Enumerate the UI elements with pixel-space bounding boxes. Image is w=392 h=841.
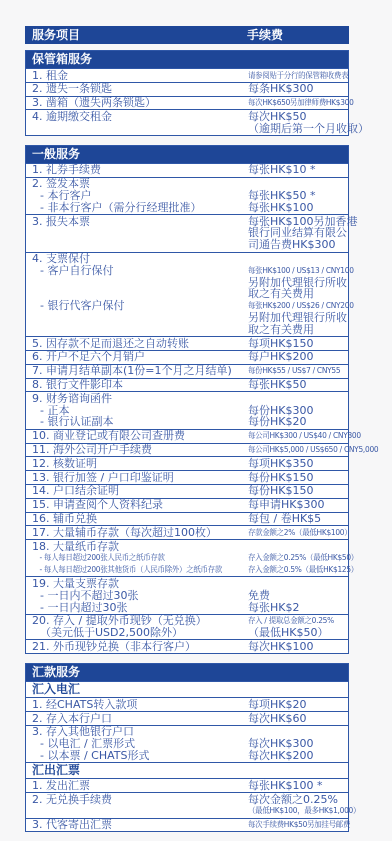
service-text [32,239,248,251]
fee-text: 请参阅贴于分行的保管箱收费表 [248,70,341,82]
fee-text: 每项HK$20 [248,699,348,711]
fee-cell: 每公司HK$5,000 / US$650 / CNY5,000 [248,444,348,456]
service-text [32,277,248,289]
service-cell: 7. 申请月结单副本(1份=1个月之月结单) [26,365,248,377]
fee-row: 1. 租金请参阅贴于分行的保管箱收费表 [26,68,348,82]
fee-row: 10. 商业登记或有限公司查册费每公司HK$300 / US$40 / CNY3… [26,429,348,443]
fee-cell: 存入 / 提取总金额之0.25%（最低HK$50） [248,615,348,639]
service-text: 10. 商业登记或有限公司查册费 [32,430,248,442]
fee-text: 每张HK$50 [248,379,348,391]
fee-cell: 每次HK$650另加律师费HK$300 [248,97,348,109]
service-cell: 16. 辅币兑换 [26,513,248,525]
fee-cell: 每份HK$300每份HK$20 [248,393,348,428]
service-text: - 银行认证副本 [32,416,248,428]
service-cell: 2. 遗失一条锁匙 [26,83,248,95]
service-cell: 3. 代客寄出汇票 [26,819,248,830]
fee-cell: 每条HK$300 [248,83,348,95]
service-cell: 10. 商业登记或有限公司查册费 [26,430,248,442]
fee-row: 8. 银行文件影印本每张HK$50 [26,378,348,392]
fee-text: 每次HK$50 [248,111,348,123]
service-cell: 3. 凿箱（遗失两条锁匙） [26,97,248,109]
service-text: - 以本票 / CHATS形式 [32,750,248,762]
service-text: 3. 凿箱（遗失两条锁匙） [32,97,248,109]
service-cell: 1. 经CHATS转入款项 [26,699,248,711]
fee-row: 16. 辅币兑换每包 / 卷HK$5 [26,512,348,526]
service-cell: 12. 核数证明 [26,458,248,470]
fee-text: 每户HK$200 [248,351,348,363]
fee-text: 每次HK$200 [248,750,348,762]
fee-text: 每份HK$150 [248,472,348,484]
service-cell: 2. 存入本行户口 [26,713,248,725]
service-text: - 一日内超过30张 [32,602,248,614]
service-cell: 6. 开户不足六个月销户 [26,351,248,363]
service-cell: 8. 银行文件影印本 [26,379,248,391]
fee-text: 存入金额之0.25%（最低HK$50） [248,552,341,564]
section-title: 汇款服务 [26,664,348,681]
service-cell: 1. 发出汇票 [26,780,248,792]
service-cell: 20. 存入 / 提取外币现钞（无兑换）（美元低于USD2,500除外） [26,615,248,639]
section-title: 一般服务 [26,146,348,163]
service-cell: 2. 无兑换手续费 [26,794,248,818]
fee-row: 1. 经CHATS转入款项每项HK$20 [26,697,348,711]
fee-cell: 每份HK$150 [248,472,348,484]
service-text: - 每人每日超过200张其他货币（人民币除外）之纸币存款 [32,564,233,576]
fee-text: 每张HK$2 [248,602,348,614]
fee-cell: 每张HK$100另加香港银行同业结算有限公司通告费HK$300 [248,216,348,251]
subsection-title: 汇入电汇 [26,681,348,697]
fee-text: 每条HK$300 [248,83,348,95]
service-text: 1. 发出汇票 [32,780,248,792]
fee-cell: 每项HK$350 [248,458,348,470]
fee-row: 6. 开户不足六个月销户每户HK$200 [26,350,348,364]
fee-row: 2. 存入本行户口每次HK$60 [26,711,348,725]
service-text: 2. 无兑换手续费 [32,794,248,806]
service-text [32,324,248,336]
fee-text [248,578,348,590]
fee-row: 1. 发出汇票每张HK$100 * [26,778,348,792]
service-text: 7. 申请月结单副本(1份=1个月之月结单) [32,365,248,377]
column-header-service: 服务项目 [32,26,80,44]
service-text: 18. 大量纸币存款 [32,541,248,553]
service-text [32,312,248,324]
fee-text: 每公司HK$5,000 / US$650 / CNY5,000 [248,444,341,456]
fee-cell: 每张HK$100 / US$13 / CNY100另附加代理银行所收取之有关费用… [248,253,348,336]
fee-text: 每份HK$150 [248,485,348,497]
service-text [32,227,248,239]
service-cell: 13. 银行加签 / 户口印鉴证明 [26,472,248,484]
fee-row: 2. 遗失一条锁匙每条HK$300 [26,82,348,96]
service-text: 2. 遗失一条锁匙 [32,83,248,95]
fee-text: 每张HK$10 * [248,164,348,176]
fee-section-2: 一般服务1. 礼券手续费每张HK$10 *2. 签发本票- 本行客户- 非本行客… [25,145,349,654]
fee-row: 7. 申请月结单副本(1份=1个月之月结单)每份HK$55 / US$7 / C… [26,364,348,378]
fee-cell: 每张HK$100 * [248,780,348,792]
service-cell: 3. 存入其他银行户口- 以电汇 / 汇票形式- 以本票 / CHATS形式 [26,726,248,761]
fee-row: 4. 支票保付- 客户自行保付 - 银行代客户保付 每张HK$100 / US$… [26,252,348,337]
service-text: 14. 户口结余证明 [32,485,248,497]
fee-text: 每张HK$100 [248,202,348,214]
fee-row: 4. 逾期缴交租金 每次HK$50（逾期后第一个月收取） [26,109,348,135]
service-text: 4. 逾期缴交租金 [32,111,248,123]
service-cell: 1. 礼券手续费 [26,164,248,176]
fee-cell: 每项HK$20 [248,699,348,711]
service-cell: 5. 因存款不足而退还之自动转账 [26,338,248,350]
fee-cell: 每次HK$50（逾期后第一个月收取） [248,111,348,135]
fee-cell: 请参阅贴于分行的保管箱收费表 [248,70,348,82]
fee-cell: 每次HK$100 [248,641,348,653]
fee-text: 每次金额之0.25% [248,794,348,806]
fee-row: 3. 凿箱（遗失两条锁匙）每次HK$650另加律师费HK$300 [26,96,348,110]
fee-text: 存款金额之2%（最低HK$100） [248,527,341,539]
service-text: 15. 申请查阅个人资料纪录 [32,499,248,511]
service-text: 1. 租金 [32,70,248,82]
service-cell: 1. 租金 [26,70,248,82]
fee-row: 3. 代客寄出汇票每次手续费HK$50另加挂号邮费 [26,818,348,830]
subsection-title: 汇出汇票 [26,762,348,778]
service-text: - 一日内不超过30张 [32,590,248,602]
service-text: 12. 核数证明 [32,458,248,470]
fee-cell: 每包 / 卷HK$5 [248,513,348,525]
fee-row: 3. 存入其他银行户口- 以电汇 / 汇票形式- 以本票 / CHATS形式 每… [26,725,348,762]
fee-text [248,541,348,553]
fee-text: 司通告费HK$300 [248,239,348,251]
fee-text: 每次HK$650另加律师费HK$300 [248,97,341,109]
fee-text: 免费 [248,590,348,602]
fee-row: 5. 因存款不足而退还之自动转账每项HK$150 [26,336,348,350]
fee-cell: 每张HK$50 *每张HK$100 [248,178,348,213]
column-header-fee: 手续费 [247,26,283,44]
fee-text: （逾期后第一个月收取） [248,123,348,135]
service-cell: 15. 申请查阅个人资料纪录 [26,499,248,511]
fee-section-1: 保管箱服务1. 租金请参阅贴于分行的保管箱收费表2. 遗失一条锁匙每条HK$30… [25,50,349,136]
fee-row: 9. 财务谘询函件- 正本- 银行认证副本 每份HK$300每份HK$20 [26,391,348,428]
fee-schedule-page: 服务项目 手续费 保管箱服务1. 租金请参阅贴于分行的保管箱收费表2. 遗失一条… [25,26,349,830]
fee-text: 存入金额之0.5%（最低HK$125） [248,564,341,576]
fee-row: 13. 银行加签 / 户口印鉴证明每份HK$150 [26,470,348,484]
service-text: 3. 代客寄出汇票 [32,819,248,830]
service-cell: 4. 支票保付- 客户自行保付 - 银行代客户保付 [26,253,248,336]
fee-cell: 存入金额之0.25%（最低HK$50）存入金额之0.5%（最低HK$125） [248,541,348,576]
fee-text: 每份HK$20 [248,416,348,428]
service-cell: 17. 大量辅币存款（每次超过100枚） [26,527,248,539]
fee-text: 取之有关费用 [248,324,348,336]
fee-text: （最低HK$50） [248,627,348,639]
service-cell: 2. 签发本票- 本行客户- 非本行客户（需分行经理批准） [26,178,248,213]
service-cell: 9. 财务谘询函件- 正本- 银行认证副本 [26,393,248,428]
fee-row: 21. 外币现钞兑换（非本行客户）每次HK$100 [26,639,348,653]
fee-text: 每项HK$350 [248,458,348,470]
fee-row: 15. 申请查阅个人资料纪录每申请HK$300 [26,498,348,512]
fee-cell: 每次金额之0.25%（最低HK$100，最多HK$1,000） [248,794,348,818]
fee-row: 11. 海外公司开户手续费每公司HK$5,000 / US$650 / CNY5… [26,443,348,457]
fee-text: 取之有关费用 [248,288,348,300]
fee-text: 每次手续费HK$50另加挂号邮费 [248,819,341,830]
service-text: - 客户自行保付 [32,265,248,277]
fee-row: 14. 户口结余证明每份HK$150 [26,484,348,498]
service-text: 1. 礼券手续费 [32,164,248,176]
fee-cell: 每张HK$10 * [248,164,348,176]
service-cell: 3. 报失本票 [26,216,248,251]
fee-cell: 每申请HK$300 [248,499,348,511]
service-cell: 19. 大量支票存款- 一日内不超过30张- 一日内超过30张 [26,578,248,613]
fee-cell: 每次手续费HK$50另加挂号邮费 [248,819,348,830]
service-text: 6. 开户不足六个月销户 [32,351,248,363]
fee-text [248,393,348,405]
service-cell: 18. 大量纸币存款- 每人每日超过200张人民币之纸币存款- 每人每日超过20… [26,541,248,576]
service-cell: 4. 逾期缴交租金 [26,111,248,135]
fee-cell: 每张HK$50 [248,379,348,391]
fee-text: 每张HK$200 / US$26 / CNY200 [248,300,341,312]
service-text: 11. 海外公司开户手续费 [32,444,248,456]
fee-row: 1. 礼券手续费每张HK$10 * [26,163,348,177]
service-text: 17. 大量辅币存款（每次超过100枚） [32,527,248,539]
service-cell: 21. 外币现钞兑换（非本行客户） [26,641,248,653]
fee-row: 12. 核数证明每项HK$350 [26,456,348,470]
fee-text: 每申请HK$300 [248,499,348,511]
fee-text: 每份HK$55 / US$7 / CNY55 [248,365,341,377]
service-text: 5. 因存款不足而退还之自动转账 [32,338,248,350]
fee-cell: 每项HK$150 [248,338,348,350]
service-text: - 每人每日超过200张人民币之纸币存款 [32,552,233,564]
service-text: - 非本行客户（需分行经理批准） [32,202,248,214]
service-text: 21. 外币现钞兑换（非本行客户） [32,641,248,653]
fee-row: 2. 无兑换手续费 每次金额之0.25%（最低HK$100，最多HK$1,000… [26,792,348,818]
service-cell: 11. 海外公司开户手续费 [26,444,248,456]
fee-cell: 每公司HK$300 / US$40 / CNY300 [248,430,348,442]
fee-text: 每项HK$150 [248,338,348,350]
service-text: 2. 存入本行户口 [32,713,248,725]
fee-text [248,253,348,265]
fee-section-3: 汇款服务汇入电汇1. 经CHATS转入款项每项HK$202. 存入本行户口每次H… [25,663,349,830]
fee-cell: 每次HK$300每次HK$200 [248,726,348,761]
service-text: 3. 报失本票 [32,216,248,228]
service-text: 9. 财务谘询函件 [32,393,248,405]
fee-cell: 每户HK$200 [248,351,348,363]
service-cell: 14. 户口结余证明 [26,485,248,497]
fee-text: （最低HK$100，最多HK$1,000） [248,805,341,817]
service-text: 13. 银行加签 / 户口印鉴证明 [32,472,248,484]
fee-text: 每次HK$100 [248,641,348,653]
fee-table: 保管箱服务1. 租金请参阅贴于分行的保管箱收费表2. 遗失一条锁匙每条HK$30… [25,50,349,830]
service-text: - 银行代客户保付 [32,300,248,312]
fee-row: 17. 大量辅币存款（每次超过100枚）存款金额之2%（最低HK$100） [26,525,348,539]
fee-row: 2. 签发本票- 本行客户- 非本行客户（需分行经理批准） 每张HK$50 *每… [26,177,348,214]
fee-text: 每张HK$100 / US$13 / CNY100 [248,265,341,277]
fee-cell: 每次HK$60 [248,713,348,725]
column-header-bar: 服务项目 手续费 [25,26,349,44]
section-title: 保管箱服务 [26,51,348,68]
fee-row: 19. 大量支票存款- 一日内不超过30张- 一日内超过30张 免费每张HK$2 [26,576,348,613]
fee-text: 每包 / 卷HK$5 [248,513,348,525]
fee-text: 每次HK$60 [248,713,348,725]
fee-row: 18. 大量纸币存款- 每人每日超过200张人民币之纸币存款- 每人每日超过20… [26,539,348,576]
fee-text: 每公司HK$300 / US$40 / CNY300 [248,430,341,442]
fee-cell: 每份HK$55 / US$7 / CNY55 [248,365,348,377]
service-text [32,123,248,135]
fee-cell: 存款金额之2%（最低HK$100） [248,527,348,539]
fee-cell: 免费每张HK$2 [248,578,348,613]
fee-text: 每张HK$100 * [248,780,348,792]
service-text: 8. 银行文件影印本 [32,379,248,391]
service-text: 19. 大量支票存款 [32,578,248,590]
fee-row: 3. 报失本票 每张HK$100另加香港银行同业结算有限公司通告费HK$300 [26,214,348,251]
fee-text: 存入 / 提取总金额之0.25% [248,615,341,627]
fee-cell: 每份HK$150 [248,485,348,497]
service-text: （美元低于USD2,500除外） [32,627,248,639]
fee-row: 20. 存入 / 提取外币现钞（无兑换）（美元低于USD2,500除外）存入 /… [26,614,348,640]
service-text: 16. 辅币兑换 [32,513,248,525]
service-text [32,805,248,817]
service-text: 1. 经CHATS转入款项 [32,699,248,711]
